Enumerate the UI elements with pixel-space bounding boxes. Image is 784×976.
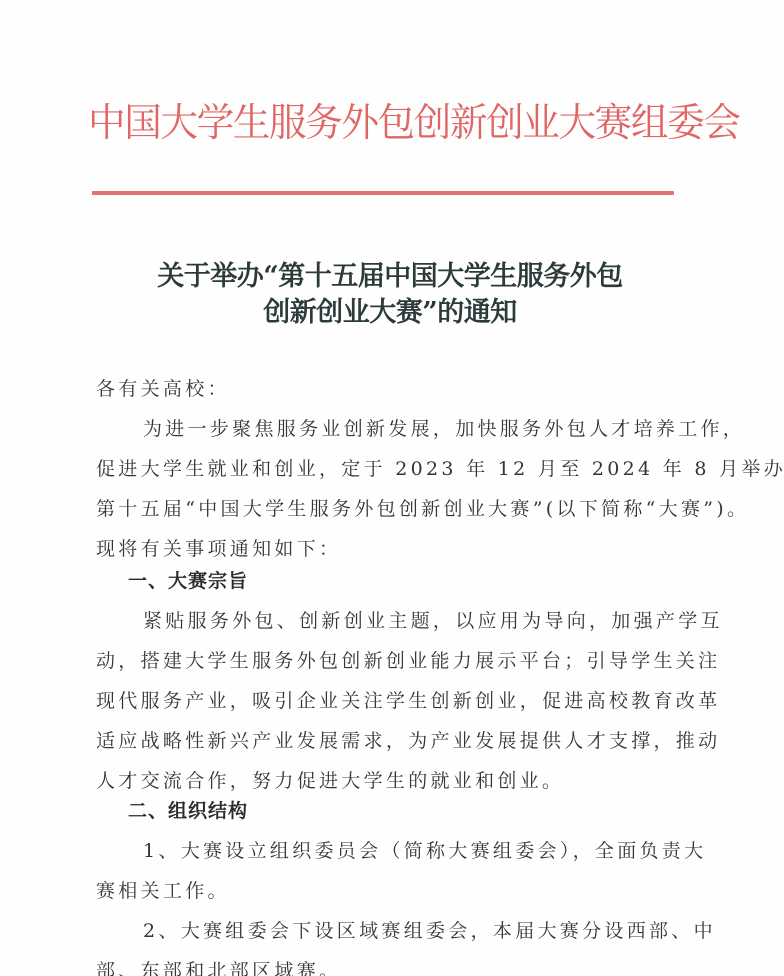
section-purpose-line: 紧贴服务外包、创新创业主题，以应用为导向，加强产学互 — [143, 606, 723, 633]
document-title-line-1: 关于举办“第十五届中国大学生服务外包 — [0, 254, 782, 293]
section-purpose-line: 适应战略性新兴产业发展需求，为产业发展提供人才支撑，推动 — [96, 726, 720, 753]
letterhead-organization: 中国大学生服务外包创新创业大赛组委会 — [88, 96, 667, 152]
section-purpose-line: 现代服务产业，吸引企业关注学生创新创业，促进高校教育改革 — [96, 686, 720, 713]
section-purpose-line: 动，搭建大学生服务外包创新创业能力展示平台；引导学生关注 — [96, 646, 720, 673]
section-heading-purpose: 一、大赛宗旨 — [128, 566, 248, 593]
intro-line: 第十五届“中国大学生服务外包创新创业大赛”(以下简称“大赛”)。 — [96, 494, 749, 521]
intro-line: 为进一步聚焦服务业创新发展，加快服务外包人才培养工作， — [143, 414, 745, 441]
section-heading-organization: 二、组织结构 — [128, 796, 248, 823]
section-organization-line: 2、大赛组委会下设区域赛组委会，本届大赛分设西部、中 — [143, 916, 716, 943]
intro-line: 促进大学生就业和创业，定于 2023 年 12 月至 2024 年 8 月举办 — [96, 454, 784, 481]
document-title-line-2: 创新创业大赛”的通知 — [0, 290, 782, 329]
section-purpose-line: 人才交流合作，努力促进大学生的就业和创业。 — [96, 766, 564, 793]
salutation: 各有关高校： — [96, 374, 230, 401]
section-organization-line: 部、东部和北部区域赛。 — [96, 956, 341, 976]
intro-line: 现将有关事项通知如下： — [96, 534, 341, 561]
section-organization-line: 赛相关工作。 — [96, 876, 230, 903]
document-page: 中国大学生服务外包创新创业大赛组委会 关于举办“第十五届中国大学生服务外包 创新… — [0, 0, 784, 976]
section-organization-line: 1、大赛设立组织委员会（简称大赛组委会），全面负责大 — [143, 836, 706, 863]
letterhead-red-rule — [92, 191, 674, 195]
